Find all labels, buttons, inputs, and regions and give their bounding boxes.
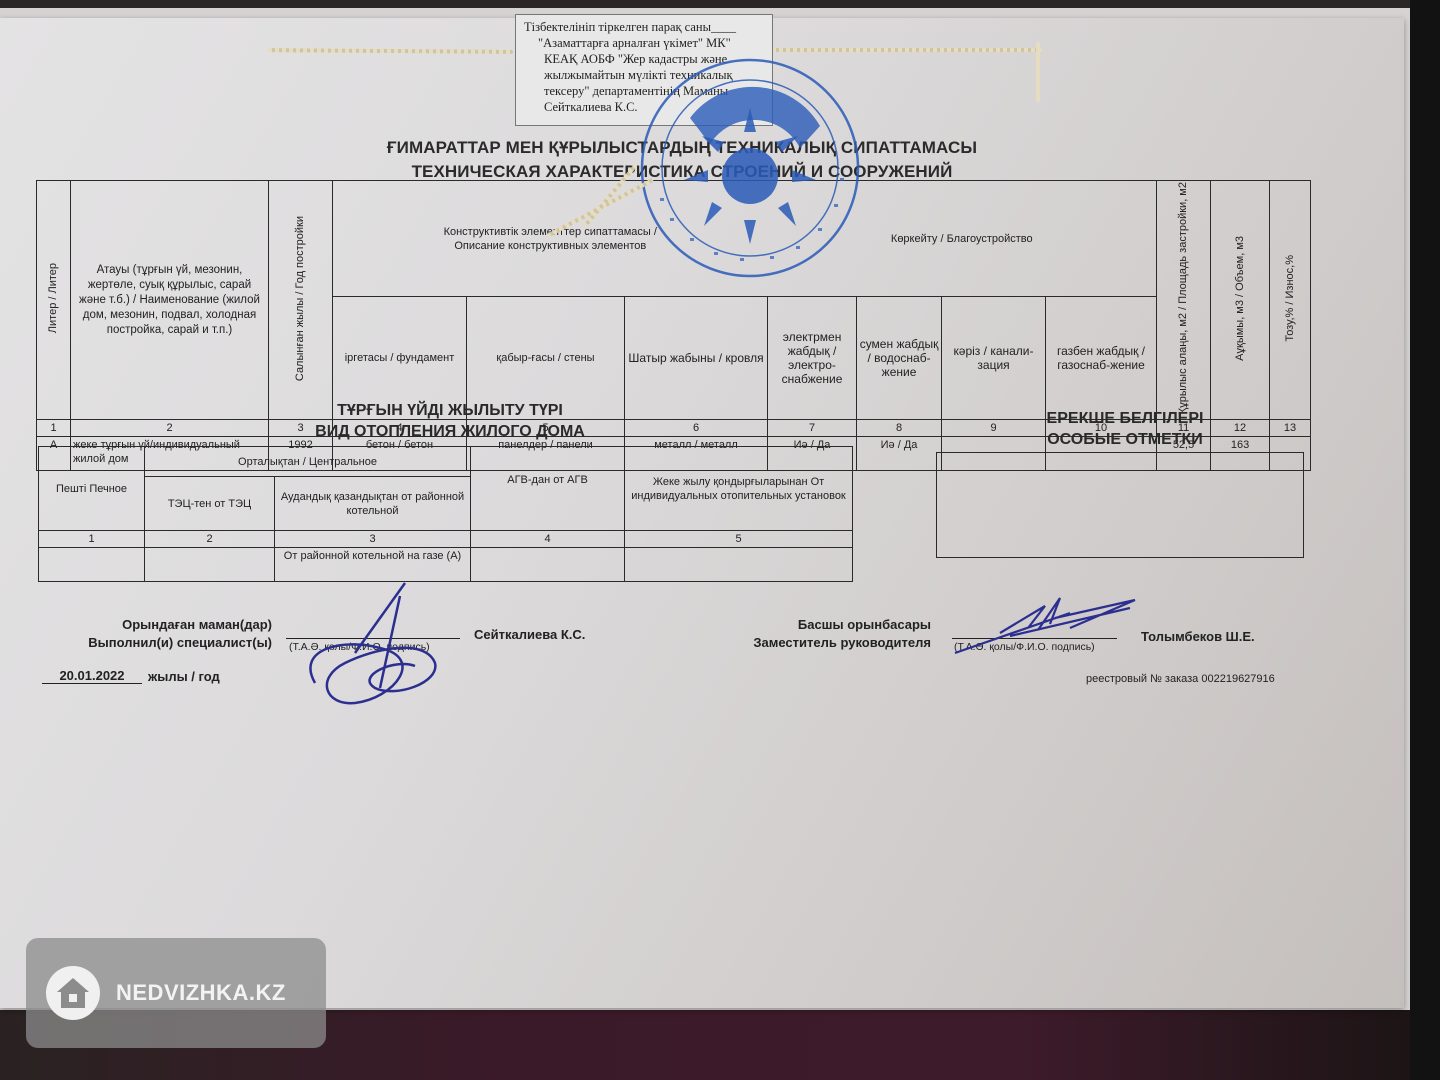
column-number: 13: [1270, 420, 1311, 437]
registration-sticker: Тізбектелініп тіркелген парақ саны____ "…: [515, 14, 773, 126]
binding-string: [772, 48, 1042, 52]
performer-signature-caption: (Т.А.Ә. қолы/Ф.И.О. подпись): [289, 641, 430, 653]
deputy-label: Басшы орынбасары Заместитель руководител…: [700, 616, 931, 652]
cell-tec: [145, 548, 275, 582]
cell-district: От районной котельной на газе (А): [275, 548, 471, 582]
cell-water: Иә / Да: [857, 437, 942, 471]
column-number: 1: [37, 420, 71, 437]
binding-string: [1036, 42, 1040, 102]
header-name: Атауы (тұрғын үй, мезонин, жертөле, суық…: [71, 181, 269, 420]
header-liter: Литер / Литер: [37, 181, 71, 420]
column-number: 1: [39, 531, 145, 548]
column-number: 5: [625, 531, 853, 548]
watermark-text: NEDVIZHKA.KZ: [116, 980, 286, 1006]
header-water: сумен жабдық / водоснаб-жение: [857, 297, 942, 420]
column-number: 2: [145, 531, 275, 548]
column-number: 4: [471, 531, 625, 548]
table-row: От районной котельной на газе (А): [39, 548, 853, 582]
header-stove: Пешті Печное: [39, 447, 145, 531]
sticker-line: Тізбектелініп тіркелген парақ саны____: [524, 19, 766, 35]
header-central: Орталықтан / Центральное: [145, 447, 471, 477]
sticker-line: тексеру" департаментінің Маманы: [524, 83, 766, 99]
header-improvement: Көркейту / Благоустройство: [768, 181, 1157, 297]
header-area: Құрылыс алаңы, м2 / Площадь застройки, м…: [1157, 181, 1211, 420]
header-electric: электрмен жабдық / электро-снабжение: [768, 297, 857, 420]
watermark: NEDVIZHKA.KZ: [26, 938, 326, 1048]
sticker-line: жылжымайтын мүлікті техникалық: [524, 67, 766, 83]
heating-title-kz: ТҰРҒЫН ҮЙДІ ЖЫЛЫТУ ТҮРІ: [250, 400, 650, 421]
binding-string: [268, 48, 513, 54]
special-marks-title-kz: ЕРЕКШЕ БЕЛГІЛЕРІ: [1000, 408, 1250, 429]
header-volume: Аұқымы, м3 / Объем, м3: [1211, 181, 1270, 420]
performer-signature-line: [286, 638, 460, 639]
column-number: 2: [71, 420, 269, 437]
special-marks-title-ru: ОСОБЫЕ ОТМЕТКИ: [1000, 429, 1250, 450]
performer-label: Орындаған маман(дар) Выполнил(и) специал…: [50, 616, 272, 652]
heating-title: ТҰРҒЫН ҮЙДІ ЖЫЛЫТУ ТҮРІ ВИД ОТОПЛЕНИЯ ЖИ…: [250, 400, 650, 442]
header-year: Салынған жылы / Год постройки: [269, 181, 333, 420]
sticker-line: Сейткалиева К.С.: [524, 99, 766, 115]
technical-passport-page: Тізбектелініп тіркелген парақ саны____ "…: [0, 18, 1404, 1008]
deputy-signature-caption: (Т.А.Ә. қолы/Ф.И.О. подпись): [954, 641, 1095, 653]
cell-agv: [471, 548, 625, 582]
registry-number: реестровый № заказа 002219627916: [1086, 673, 1275, 685]
sticker-line: "Азаматтарға арналған үкімет" МК": [524, 35, 766, 51]
house-icon: [46, 966, 100, 1020]
column-numbers-row: 1 2 3 4 5: [39, 531, 853, 548]
sticker-line: КЕАҚ АОБФ "Жер кадастры және: [524, 51, 766, 67]
column-number: 7: [768, 420, 857, 437]
column-number: 3: [275, 531, 471, 548]
background-edge: [1410, 0, 1440, 1080]
header-sewer: кәріз / канали-зация: [942, 297, 1046, 420]
document-title-kz: ҒИМАРАТТАР МЕН ҚҰРЫЛЫСТАРДЫҢ ТЕХНИКАЛЫҚ …: [0, 138, 1364, 158]
date-suffix: жылы / год: [148, 669, 220, 684]
column-number: 8: [857, 420, 942, 437]
cell-individual: [625, 548, 853, 582]
deputy-name: Толымбеков Ш.Е.: [1141, 629, 1255, 644]
header-district: Аудандық қазандықтан от районной котельн…: [275, 477, 471, 531]
header-gas: газбен жабдық / газоснаб-жение: [1046, 297, 1157, 420]
deputy-signature-line: [952, 638, 1117, 639]
heating-table: Пешті Печное Орталықтан / Центральное АГ…: [38, 446, 853, 582]
heating-title-ru: ВИД ОТОПЛЕНИЯ ЖИЛОГО ДОМА: [250, 421, 650, 442]
header-constructive-elements: Конструктивтік элементтер сипаттамасы / …: [333, 181, 768, 297]
performer-name: Сейткалиева К.С.: [474, 627, 585, 642]
document-title-ru: ТЕХНИЧЕСКАЯ ХАРАКТЕРИСТИКА СТРОЕНИЙ И СО…: [0, 162, 1364, 182]
document-date: 20.01.2022: [42, 669, 142, 684]
header-wear: Тозу,% / Износ,%: [1270, 181, 1311, 420]
special-marks-title: ЕРЕКШЕ БЕЛГІЛЕРІ ОСОБЫЕ ОТМЕТКИ: [1000, 408, 1250, 450]
header-agv: АГВ-дан от АГВ: [471, 447, 625, 531]
header-individual: Жеке жылу қондырғыларынан От индивидуаль…: [625, 447, 853, 531]
special-marks-box: [936, 452, 1304, 558]
cell-stove: [39, 548, 145, 582]
header-tec: ТЭЦ-тен от ТЭЦ: [145, 477, 275, 531]
